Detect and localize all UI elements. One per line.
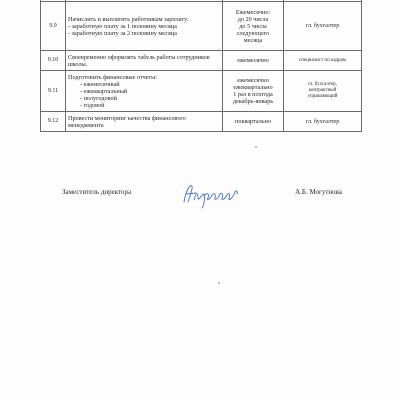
- document-page: финансово-хозяйственной деятельности. 9.…: [0, 0, 400, 400]
- signer-name: А.Б. Могутнова: [295, 188, 342, 196]
- handwritten-signature-icon: [180, 180, 242, 210]
- table-row: 9.9 Начислить и выплатить работникам зар…: [41, 2, 362, 51]
- table-row: 9.12 Провести мониторинг качества финанс…: [41, 112, 362, 132]
- row-number: 9.12: [41, 112, 66, 132]
- signer-position: Заместитель директора: [62, 188, 131, 196]
- responsible-cell: гл. бухгалтер, контрактный управляющий: [284, 71, 362, 112]
- task-cell: Начислить и выплатить работникам зарплат…: [66, 2, 223, 51]
- task-cell: Подготовить финансовые отчеты: - ежемеся…: [66, 71, 223, 112]
- row-number: 9.11: [41, 71, 66, 112]
- period-cell: ежемесячно: [223, 51, 284, 71]
- row-number: 9.9: [41, 2, 66, 51]
- responsible-cell: специалист по кадрам: [284, 51, 362, 71]
- row-number: 9.10: [41, 51, 66, 71]
- table-row: 9.10 Своевременно оформлять табель работ…: [41, 51, 362, 71]
- task-cell: Своевременно оформлять табель работы сот…: [66, 51, 223, 71]
- table-row: 9.11 Подготовить финансовые отчеты: - еж…: [41, 71, 362, 112]
- task-cell: Провести мониторинг качества финансового…: [66, 112, 223, 132]
- scan-speck: [218, 282, 220, 284]
- period-cell: Ежемесячно: до 20 числа до 5 числа следу…: [223, 2, 284, 51]
- period-cell: ежемесячно ежеквартально 1 раз в полгода…: [223, 71, 284, 112]
- plan-table: финансово-хозяйственной деятельности. 9.…: [40, 0, 362, 132]
- scan-speck: [255, 146, 257, 148]
- responsible-cell: гл. бухгалтер: [284, 2, 362, 51]
- signature-block: Заместитель директора А.Б. Могутнова: [62, 180, 342, 210]
- responsible-cell: гл. бухгалтер: [284, 112, 362, 132]
- period-cell: поквартально: [223, 112, 284, 132]
